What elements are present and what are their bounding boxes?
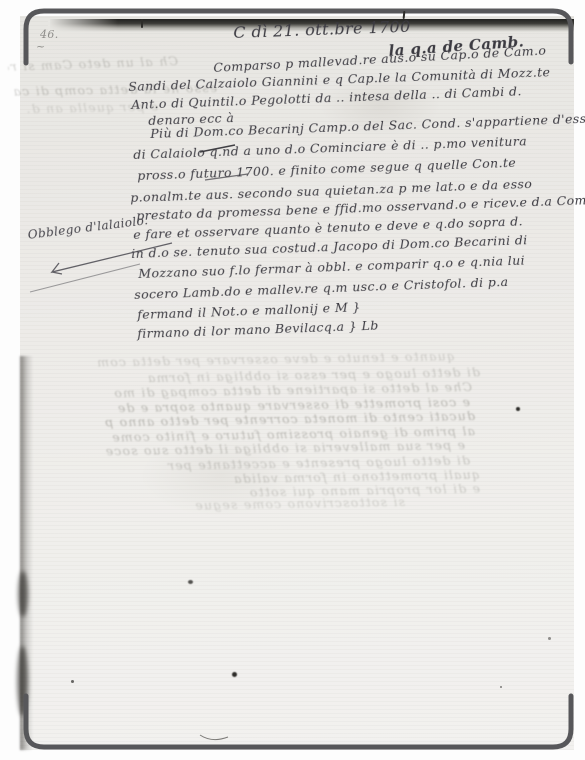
ink-speck xyxy=(232,672,237,677)
ink-speck xyxy=(71,680,74,683)
ink-speck xyxy=(516,407,520,411)
ink-speck xyxy=(188,580,193,584)
ink-speck xyxy=(141,19,143,28)
ink-speck xyxy=(548,637,551,640)
ink-speck xyxy=(500,686,502,688)
scanned-manuscript-page: 46. ~ C dì 21. ott.bre 1700 la q.a de Ca… xyxy=(0,0,585,760)
scan-frame-brackets xyxy=(0,0,585,760)
